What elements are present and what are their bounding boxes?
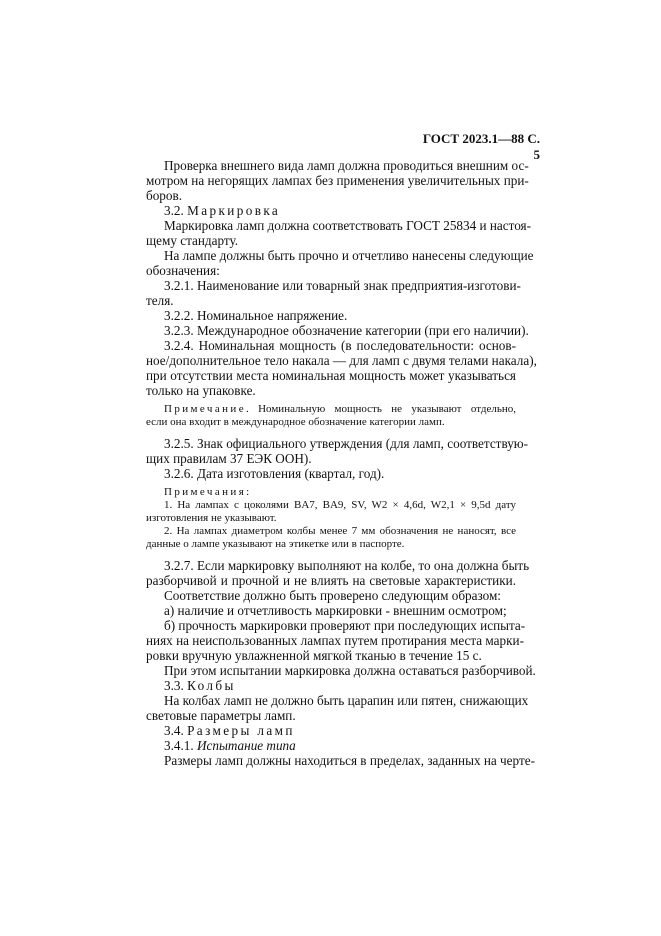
note-line: данные о лампе указывают на этикетке или… xyxy=(146,538,516,551)
note-1: Примечание. Номинальную мощность не указ… xyxy=(146,403,516,416)
paragraph-line: боров. xyxy=(146,188,516,203)
paragraph-line: Маркировка ламп должна соответствовать Г… xyxy=(146,218,516,233)
section-title: Колбы xyxy=(187,678,236,693)
list-item-b: б) прочность маркировки проверяют при по… xyxy=(146,618,516,633)
note-item-1: 1. На лампах с цоколями BA7, BA9, SV, W2… xyxy=(146,499,516,512)
section-heading-3-3: 3.3. Колбы xyxy=(146,678,516,693)
section-number: 3.4.1. xyxy=(164,738,197,753)
paragraph-line: При этом испытании маркировка должна ост… xyxy=(146,663,516,678)
section-title: Маркировка xyxy=(187,203,280,218)
document-page: ГОСТ 2023.1—88 С. 5 Проверка внешнего ви… xyxy=(0,0,661,936)
paragraph-line: при отсутствии места номинальная мощност… xyxy=(146,368,516,383)
clause-3-2-5: 3.2.5. Знак официального утверждения (дл… xyxy=(146,436,516,451)
paragraph-line: Соответствие должно быть проверено следу… xyxy=(146,588,516,603)
subsection-heading-3-4-1: 3.4.1. Испытание типа xyxy=(146,738,516,753)
paragraph-line: теля. xyxy=(146,293,516,308)
paragraph-line: ровки вручную увлажненной мягкой тканью … xyxy=(146,648,516,663)
paragraph-line: ниях на неиспользованных лампах путем пр… xyxy=(146,633,516,648)
section-number: 3.4. xyxy=(164,723,187,738)
paragraph-line: мотром на негорящих лампах без применени… xyxy=(146,173,516,188)
section-title: Испытание типа xyxy=(197,738,296,753)
paragraph-line: Размеры ламп должны находиться в предела… xyxy=(146,753,516,768)
notes-label: Примечания xyxy=(164,486,246,498)
paragraph-line: обозначения: xyxy=(146,263,516,278)
clause-3-2-2: 3.2.2. Номинальное напряжение. xyxy=(146,308,516,323)
note-label: Примечание xyxy=(164,403,246,415)
paragraph-line: щих правилам 37 ЕЭК ООН). xyxy=(146,451,516,466)
section-heading-3-4: 3.4. Размеры ламп xyxy=(146,723,516,738)
paragraph-line: На колбах ламп не должно быть царапин ил… xyxy=(146,693,516,708)
paragraph-line: разборчивой и прочной и не влиять на све… xyxy=(146,573,516,588)
section-number: 3.3. xyxy=(164,678,187,693)
paragraph-line: Проверка внешнего вида ламп должна прово… xyxy=(146,158,516,173)
section-heading-3-2: 3.2. Маркировка xyxy=(146,203,516,218)
paragraph-line: На лампе должны быть прочно и отчетливо … xyxy=(146,248,516,263)
notes-heading: Примечания: xyxy=(146,486,516,499)
note-item-2: 2. На лампах диаметром колбы менее 7 мм … xyxy=(146,525,516,538)
clause-3-2-1: 3.2.1. Наименование или товарный знак пр… xyxy=(146,278,516,293)
paragraph-line: световые параметры ламп. xyxy=(146,708,516,723)
clause-3-2-7: 3.2.7. Если маркировку выполняют на колб… xyxy=(146,558,516,573)
paragraph-line: щему стандарту. xyxy=(146,233,516,248)
clause-3-2-3: 3.2.3. Международное обозначение категор… xyxy=(146,323,516,338)
section-title: Размеры ламп xyxy=(187,723,295,738)
clause-3-2-6: 3.2.6. Дата изготовления (квартал, год). xyxy=(146,466,516,481)
list-item-a: а) наличие и отчетливость маркировки - в… xyxy=(146,603,516,618)
note-line: если она входит в международное обозначе… xyxy=(146,416,516,429)
paragraph-line: ное/дополнительное тело накала — для лам… xyxy=(146,353,516,368)
clause-3-2-4: 3.2.4. Номинальная мощность (в последова… xyxy=(146,338,516,353)
section-number: 3.2. xyxy=(164,203,187,218)
note-line: изготовления не указывают. xyxy=(146,512,516,525)
paragraph-line: только на упаковке. xyxy=(146,383,516,398)
